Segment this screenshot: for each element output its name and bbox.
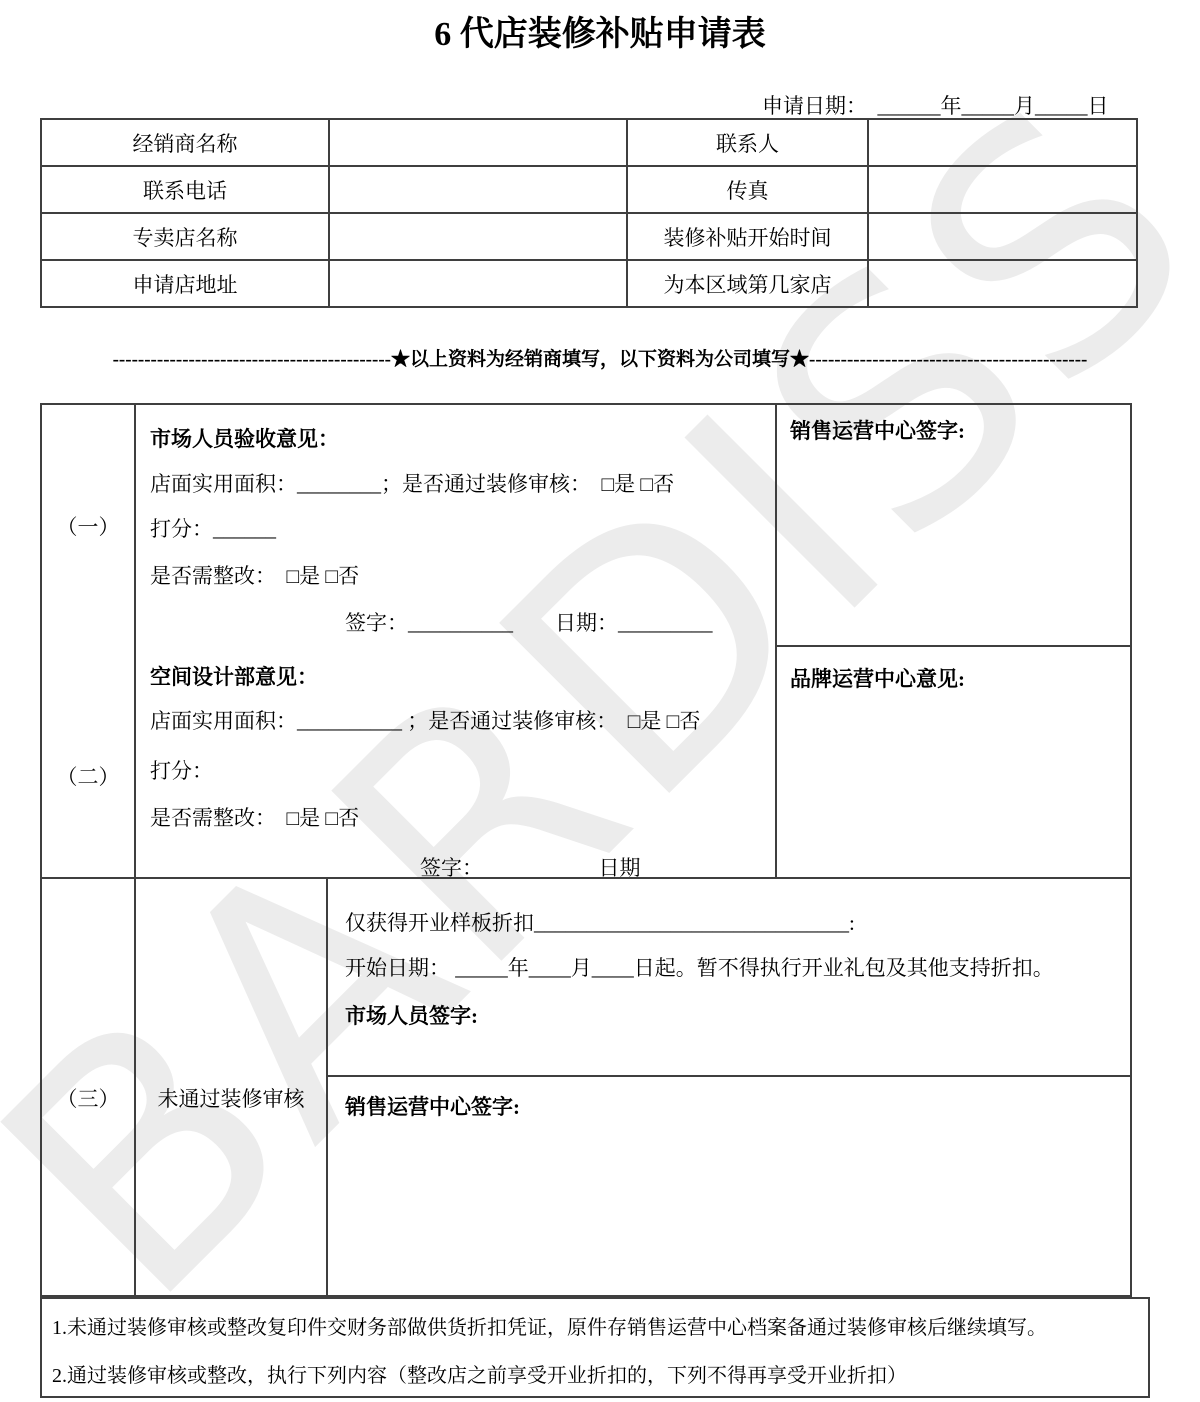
section1-score-line: 打分：______ bbox=[150, 513, 276, 543]
section2-heading: 空间设计部意见： bbox=[150, 661, 318, 691]
dealer-info-table: 经销商名称 联系人 联系电话 传真 专卖店名称 装修补贴开始时间 申请店地址 bbox=[40, 118, 1138, 308]
cell-value-store-address bbox=[329, 260, 627, 307]
review-table: （一） （二） （三） 市场人员验收意见： 店面实用面积：________；是否… bbox=[40, 403, 1132, 1297]
divider-line bbox=[326, 877, 328, 1295]
section1-rectify-line: 是否需整改： □是 □否 bbox=[150, 560, 359, 590]
section3-index: （三） bbox=[42, 1083, 134, 1113]
section1-heading: 市场人员验收意见： bbox=[150, 423, 339, 453]
decoration-subsidy-application-form: BARDISS 6 代店装修补贴申请表 申请日期： ______年_____月_… bbox=[0, 0, 1200, 1402]
section2-sign-date-line: 签字： 日期 bbox=[420, 852, 641, 882]
section2-score-line: 打分： bbox=[150, 755, 213, 785]
section-divider: ----------------------------------------… bbox=[0, 344, 1200, 371]
application-date-line: 申请日期： ______年_____月_____日 bbox=[762, 90, 1109, 120]
section1-sign-date-line: 签字：__________ 日期：_________ bbox=[345, 607, 713, 637]
sales-center-sign-heading: 销售运营中心签字: bbox=[790, 415, 965, 445]
table-row: 专卖店名称 装修补贴开始时间 bbox=[41, 213, 1137, 260]
cell-label-phone: 联系电话 bbox=[41, 166, 329, 213]
section2-rectify-line: 是否需整改： □是 □否 bbox=[150, 802, 359, 832]
cell-value-store-number-in-region bbox=[868, 260, 1137, 307]
cell-value-store-name bbox=[329, 213, 627, 260]
note-item-1: 1.未通过装修审核或整改复印件交财务部做供货折扣凭证，原件存销售运营中心档案备通… bbox=[52, 1311, 1047, 1340]
brand-center-opinion-heading: 品牌运营中心意见: bbox=[790, 663, 965, 693]
cell-label-store-address: 申请店地址 bbox=[41, 260, 329, 307]
cell-label-contact-person: 联系人 bbox=[627, 119, 868, 166]
section1-area-line: 店面实用面积：________；是否通过装修审核： □是 □否 bbox=[150, 468, 674, 498]
cell-value-dealer-name bbox=[329, 119, 627, 166]
cell-value-phone bbox=[329, 166, 627, 213]
section2-index: （二） bbox=[42, 761, 134, 791]
note-item-2: 2.通过装修审核或整改，执行下列内容（整改店之前享受开业折扣的，下列不得再享受开… bbox=[52, 1359, 907, 1388]
section3-market-sign-heading: 市场人员签字: bbox=[345, 1000, 478, 1030]
divider-line bbox=[134, 405, 136, 1295]
section1-index: （一） bbox=[42, 511, 134, 541]
cell-label-dealer-name: 经销商名称 bbox=[41, 119, 329, 166]
table-row: 申请店地址 为本区域第几家店 bbox=[41, 260, 1137, 307]
cell-label-store-number-in-region: 为本区域第几家店 bbox=[627, 260, 868, 307]
cell-label-subsidy-start-time: 装修补贴开始时间 bbox=[627, 213, 868, 260]
cell-label-store-name: 专卖店名称 bbox=[41, 213, 329, 260]
section2-area-line: 店面实用面积：__________ ；是否通过装修审核： □是 □否 bbox=[150, 705, 700, 735]
form-title: 6 代店装修补贴申请表 bbox=[0, 6, 1200, 55]
section3-sales-sign-heading: 销售运营中心签字: bbox=[345, 1091, 520, 1121]
section3-start-date-line: 开始日期： _____年____月____日起。暂不得执行开业礼包及其他支持折扣… bbox=[345, 952, 1054, 982]
cell-value-contact-person bbox=[868, 119, 1137, 166]
cell-value-fax bbox=[868, 166, 1137, 213]
section3-discount-line: 仅获得开业样板折扣______________________________: bbox=[345, 907, 855, 937]
section3-label: 未通过装修审核 bbox=[136, 1083, 326, 1113]
cell-label-fax: 传真 bbox=[627, 166, 868, 213]
table-row: 经销商名称 联系人 bbox=[41, 119, 1137, 166]
table-row: 联系电话 传真 bbox=[41, 166, 1137, 213]
divider-line bbox=[326, 1075, 1130, 1077]
notes-box: 1.未通过装修审核或整改复印件交财务部做供货折扣凭证，原件存销售运营中心档案备通… bbox=[40, 1297, 1150, 1398]
divider-line bbox=[775, 405, 777, 877]
divider-line bbox=[775, 645, 1130, 647]
cell-value-subsidy-start-time bbox=[868, 213, 1137, 260]
